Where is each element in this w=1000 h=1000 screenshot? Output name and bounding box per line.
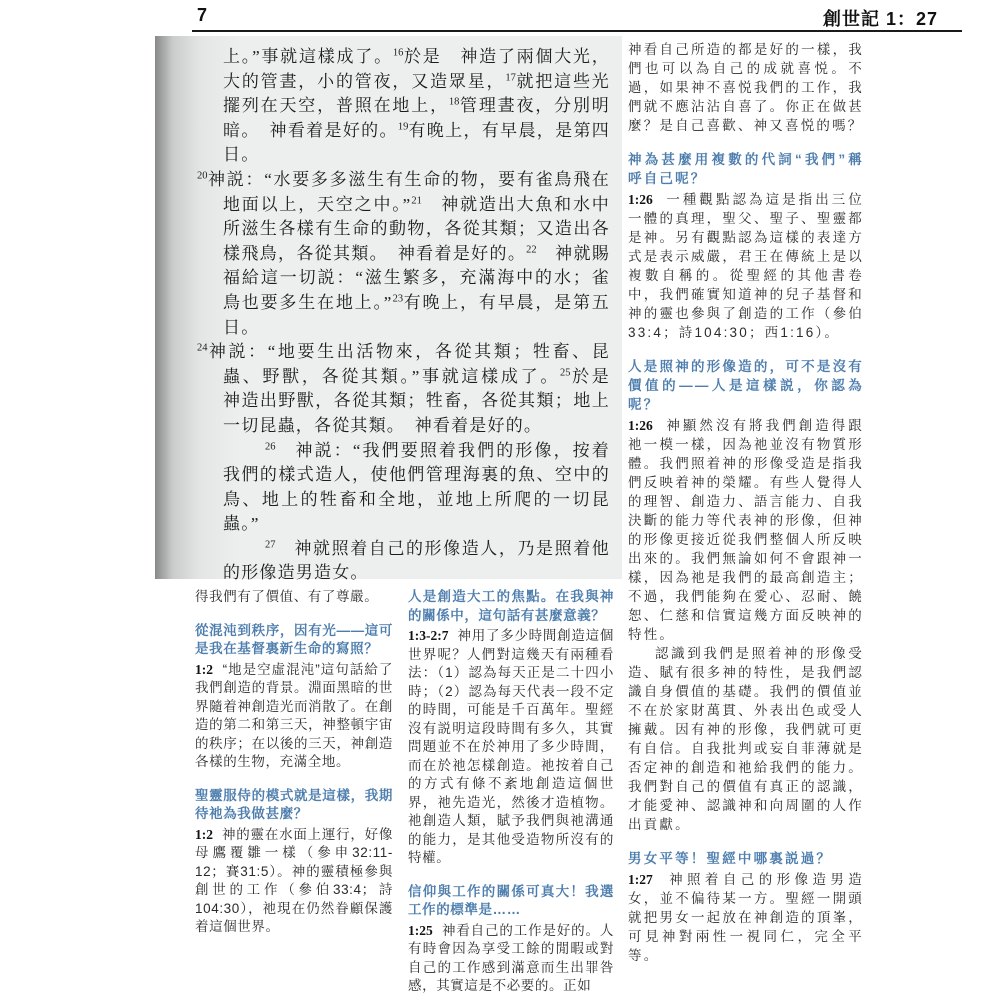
note-paragraph: 1:27 神照着自己的形像造男造女，並不偏待某一方。聖經一開頭就把男女一起放在神… [628, 870, 864, 965]
note-heading: 男女平等！聖經中哪裏説過？ [628, 849, 864, 868]
note-paragraph: 認識到我們是照着神的形像受造、賦有很多神的特性，是我們認識自身價值的基礎。我們的… [628, 644, 864, 834]
notes-column-right: 神看自己所造的都是好的一樣，我們也可以為自己的成就喜悦。不過，如果神不喜悦我們的… [628, 40, 864, 998]
note-heading: 神為甚麼用複數的代詞“我們”稱呼自己呢？ [628, 150, 864, 188]
verse-number: 24 [197, 342, 208, 353]
verse-number: 19 [398, 121, 409, 132]
note-heading: 信仰與工作的關係可真大！我選工作的標準是…… [408, 883, 614, 920]
note-heading: 聖靈服侍的模式就是這樣，我期待祂為我做甚麼？ [195, 787, 393, 824]
note-heading: 人是創造大工的焦點。在我與神的關係中，這句話有甚麼意義？ [408, 588, 614, 625]
bible-study-page: 7 創世記 1：27 上。”事就這樣成了。16於是 神造了兩個大光，大的管晝，小… [0, 0, 1000, 1000]
scripture-paragraph: 24神説：“地要生出活物來，各從其類；牲畜、昆蟲、野獸，各從其類。”事就這樣成了… [197, 340, 610, 438]
verse-number: 27 [265, 539, 276, 550]
notes-column-left: 得我們有了價值、有了尊嚴。從混沌到秩序，因有光——這可是我在基督裏新生命的寫照？… [195, 588, 393, 937]
verse-reference: 1:26 [628, 418, 653, 433]
verse-number: 26 [265, 441, 276, 452]
note-continuation: 得我們有了價值、有了尊嚴。 [195, 588, 393, 607]
scripture-paragraph: 26 神説：“我們要照着我們的形像，按着我們的樣式造人，使他們管理海裏的魚、空中… [197, 439, 610, 537]
header-rule [192, 30, 962, 32]
note-paragraph: 1:2 神的靈在水面上運行，好像母鷹覆雛一樣（參申32:11-12；賽31:5）… [195, 826, 393, 937]
note-paragraph: 1:2 “地是空虛混沌”這句話給了我們創造的背景。淵面黑暗的世界隨着神創造光而消… [195, 661, 393, 772]
note-paragraph: 1:25 神看自己的工作是好的。人有時會因為享受工餘的閒暇或對自己的工作感到滿意… [408, 922, 614, 996]
verse-number: 21 [411, 195, 422, 206]
verse-number: 18 [449, 97, 460, 108]
note-paragraph: 1:26 一種觀點認為這是指出三位一體的真理，聖父、聖子、聖靈都是神。另有觀點認… [628, 190, 864, 342]
verse-number: 25 [560, 367, 571, 378]
book-reference: 創世記 1：27 [823, 5, 938, 31]
page-number: 7 [197, 5, 207, 26]
verse-reference: 1:3-2:7 [408, 628, 449, 643]
note-paragraph: 1:3-2:7 神用了多少時間創造這個世界呢？人們對這幾天有兩種看法：（1）認為… [408, 627, 614, 868]
notes-column-middle: 人是創造大工的焦點。在我與神的關係中，這句話有甚麼意義？1:3-2:7 神用了多… [408, 588, 614, 1000]
note-paragraph: 1:26 神顯然沒有將我們創造得跟祂一模一樣，因為祂並沒有物質形體。我們照着神的… [628, 416, 864, 644]
verse-number: 17 [505, 72, 516, 83]
verse-reference: 1:26 [628, 192, 653, 207]
verse-reference: 1:25 [408, 923, 433, 938]
verse-number: 23 [393, 293, 404, 304]
verse-reference: 1:2 [195, 662, 213, 677]
scripture-panel: 上。”事就這樣成了。16於是 神造了兩個大光，大的管晝，小的管夜，又造眾星，17… [155, 36, 622, 579]
verse-number: 16 [393, 47, 404, 58]
scripture-paragraph: 上。”事就這樣成了。16於是 神造了兩個大光，大的管晝，小的管夜，又造眾星，17… [197, 45, 610, 168]
scripture-paragraph: 27 神就照着自己的形像造人，乃是照着他的形像造男造女。 [197, 537, 610, 586]
note-heading: 人是照神的形像造的，可不是沒有價值的——人是這樣説，你認為呢？ [628, 357, 864, 414]
verse-reference: 1:2 [195, 827, 213, 842]
verse-number: 20 [197, 170, 208, 181]
scripture-paragraph: 20神説：“水要多多滋生有生命的物，要有雀鳥飛在地面以上，天空之中。”21 神就… [197, 168, 610, 340]
note-continuation: 神看自己所造的都是好的一樣，我們也可以為自己的成就喜悦。不過，如果神不喜悦我們的… [628, 40, 864, 135]
verse-reference: 1:27 [628, 872, 653, 887]
verse-number: 22 [526, 244, 537, 255]
note-heading: 從混沌到秩序，因有光——這可是我在基督裏新生命的寫照？ [195, 622, 393, 659]
